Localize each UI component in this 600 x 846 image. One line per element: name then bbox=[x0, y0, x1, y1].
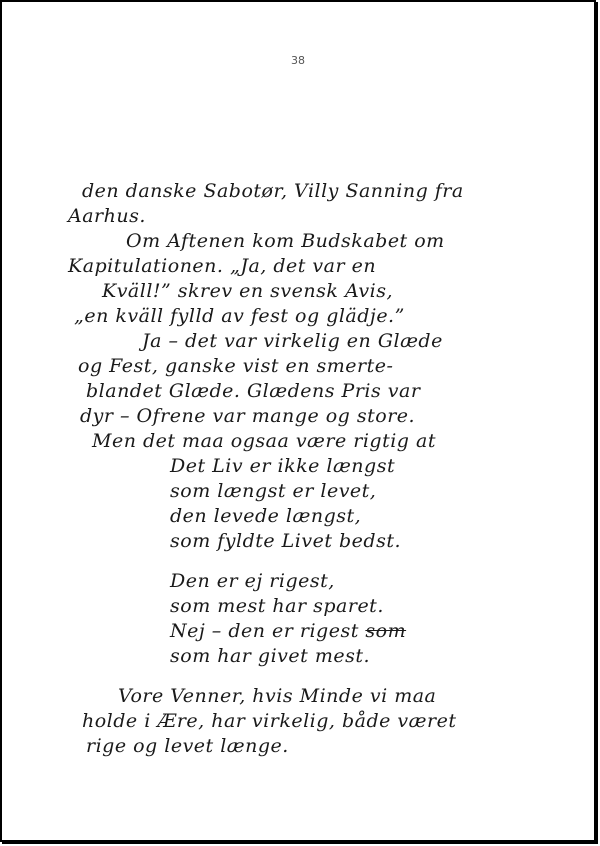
text-line: Men det maa ogsaa være rigtig at bbox=[92, 430, 436, 452]
text-line: holde i Ære, har virkelig, både været bbox=[82, 710, 456, 732]
document-page: 38 den danske Sabotør, Villy Sanning fra… bbox=[0, 0, 596, 842]
poem-line: som mest har sparet. bbox=[170, 595, 384, 617]
text-line: rige og levet længe. bbox=[86, 735, 289, 757]
poem-line: Det Liv er ikke længst bbox=[170, 455, 395, 477]
page-number: 38 bbox=[2, 54, 594, 67]
text-line: Ja – det var virkelig en Glæde bbox=[142, 330, 443, 352]
poem-line: som længst er levet, bbox=[170, 480, 376, 502]
text-line: den danske Sabotør, Villy Sanning fra bbox=[82, 180, 464, 202]
text-line: dyr – Ofrene var mange og store. bbox=[80, 405, 415, 427]
text-line: og Fest, ganske vist en smerte- bbox=[78, 355, 393, 377]
poem-line: Nej – den er rigest som bbox=[170, 620, 406, 642]
text-line: Aarhus. bbox=[68, 205, 146, 227]
poem-line: som fyldte Livet bedst. bbox=[170, 530, 401, 552]
poem-line: som har givet mest. bbox=[170, 645, 370, 667]
text-line: Om Aftenen kom Budskabet om bbox=[126, 230, 445, 252]
text-line: Vore Venner, hvis Minde vi maa bbox=[118, 685, 436, 707]
text-line: Kväll!” skrev en svensk Avis, bbox=[102, 280, 393, 302]
poem-text: Nej – den er rigest bbox=[170, 620, 359, 642]
text-line: blandet Glæde. Glædens Pris var bbox=[86, 380, 420, 402]
text-line: Kapitulationen. „Ja, det var en bbox=[68, 255, 376, 277]
poem-line: Den er ej rigest, bbox=[170, 570, 335, 592]
struck-word: som bbox=[365, 620, 406, 642]
poem-line: den levede længst, bbox=[170, 505, 361, 527]
text-line: „en kväll fylld av fest og glädje.” bbox=[74, 305, 405, 327]
